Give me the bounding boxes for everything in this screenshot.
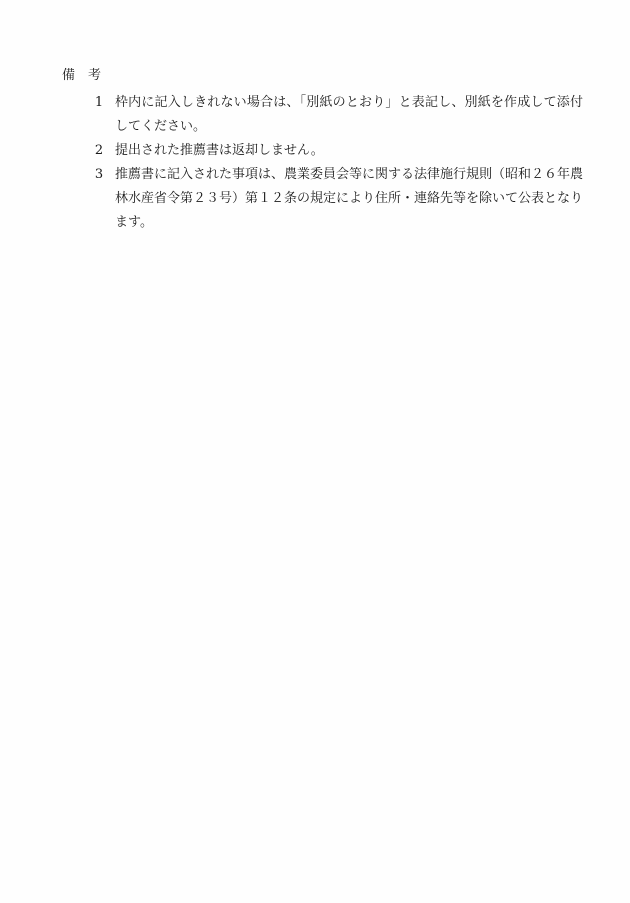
remark-number: 3	[92, 163, 106, 187]
remarks-heading: 備 考	[62, 67, 101, 85]
remark-text: 提出された推薦書は返却しません。	[115, 139, 583, 163]
remark-item: 1 枠内に記入しきれない場合は、「別紙のとおり」と表記し、別紙を作成して添付して…	[0, 91, 630, 139]
remark-item: 3 推薦書に記入された事項は、農業委員会等に関する法律施行規則（昭和２６年農林水…	[0, 163, 630, 235]
remark-text: 枠内に記入しきれない場合は、「別紙のとおり」と表記し、別紙を作成して添付してくだ…	[115, 91, 583, 139]
remark-number: 1	[92, 91, 106, 115]
remark-number: 2	[92, 139, 106, 163]
remarks-list: 1 枠内に記入しきれない場合は、「別紙のとおり」と表記し、別紙を作成して添付して…	[0, 91, 630, 235]
remark-item: 2 提出された推薦書は返却しません。	[0, 139, 630, 163]
remark-text: 推薦書に記入された事項は、農業委員会等に関する法律施行規則（昭和２６年農林水産省…	[115, 163, 583, 235]
document-page: 備 考 1 枠内に記入しきれない場合は、「別紙のとおり」と表記し、別紙を作成して…	[0, 0, 630, 903]
